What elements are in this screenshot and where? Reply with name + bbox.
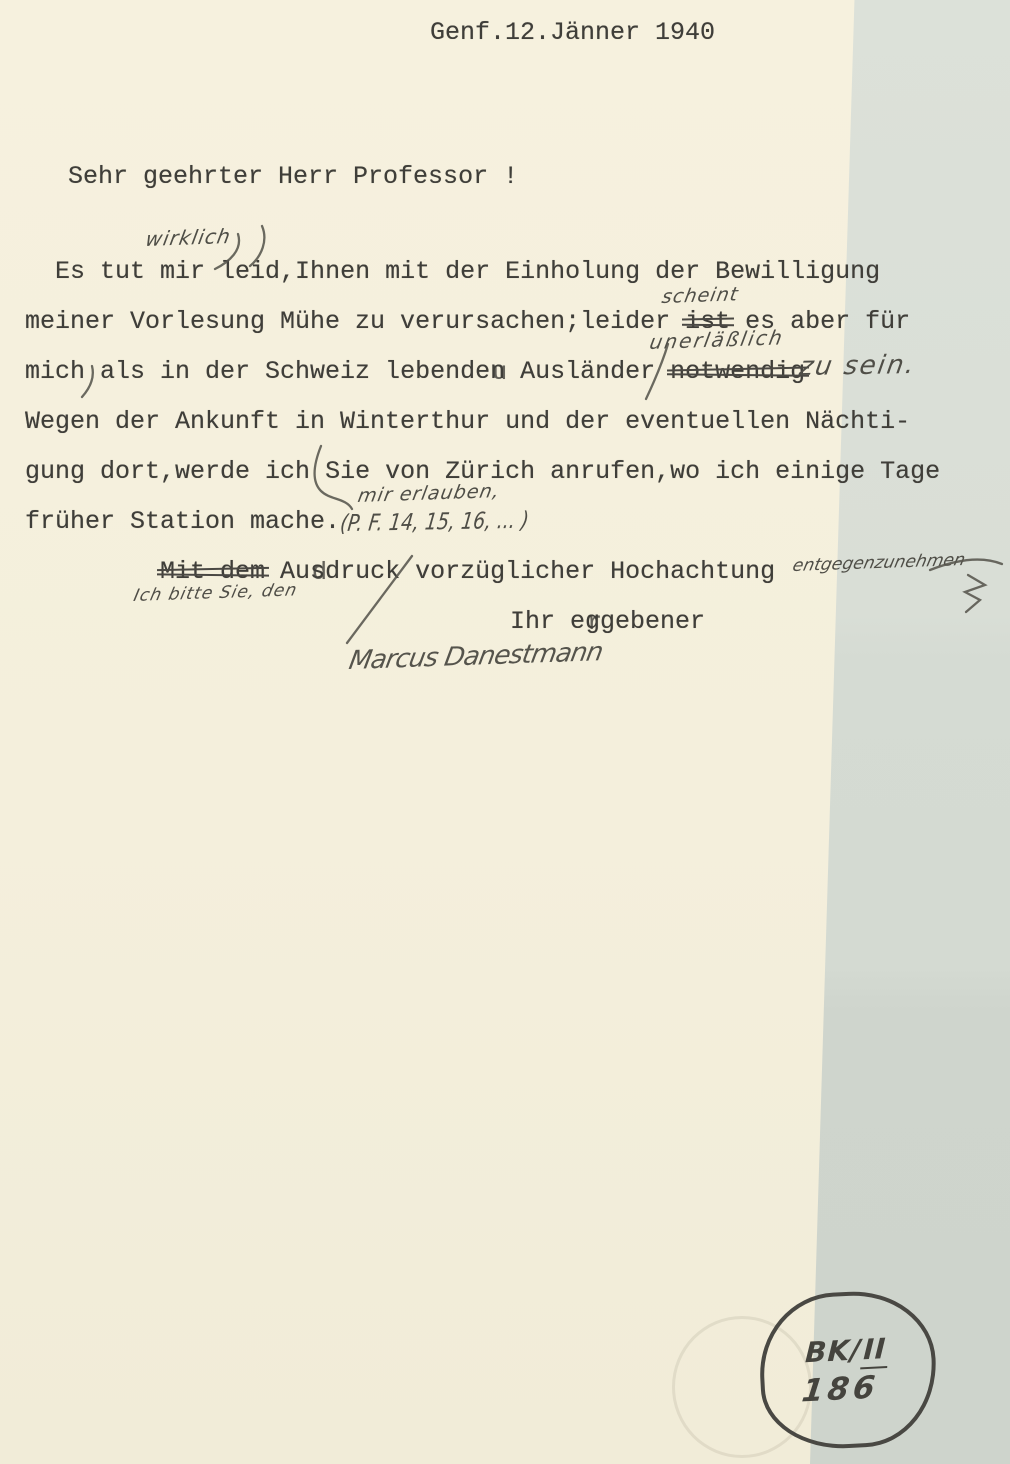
handwritten-zu-sein: zu sein.: [797, 350, 918, 382]
struck-word-notwendig: notwendig: [670, 357, 805, 387]
body-text: Ausländer: [505, 357, 670, 386]
overtype-top: u: [492, 358, 507, 388]
salutation: Sehr geehrter Herr Professor !: [68, 162, 518, 192]
body-line-1: Es tut mir leid,Ihnen mit der Einholung …: [25, 257, 880, 287]
date-line: Genf.12.Jänner 1940: [430, 18, 715, 48]
body-text: mich: [25, 357, 100, 386]
stamp-code-numeral: II: [861, 1333, 890, 1369]
body-text: meiner Vorlesung Mühe zu verursachen;lei…: [25, 307, 685, 336]
body-line-6: früher Station mache.: [25, 507, 340, 537]
overtyped-letter: sd: [310, 557, 325, 587]
handwritten-parenthetical: (P. F. 14, 15, 16, ... ): [339, 508, 530, 537]
signature: Marcus Danestmann: [347, 637, 605, 676]
scanned-letter-page: Genf.12.Jänner 1940 Sehr geehrter Herr P…: [0, 0, 1010, 1464]
body-text: als in der Schweiz lebende: [100, 357, 490, 386]
body-text: Es tut mir: [25, 257, 220, 286]
paper-edge-strip: [0, 0, 1010, 1464]
overtyped-letter: nu: [490, 357, 505, 387]
handwritten-ich-bitte-sie: Ich bitte Sie, den: [132, 580, 300, 606]
body-line-3: mich als in der Schweiz lebendenu Auslän…: [25, 357, 805, 387]
body-text: Sie von Zürich anrufen,wo ich einige Tag…: [325, 457, 940, 486]
overtype-top: r: [587, 608, 602, 638]
handwritten-insertion-wirklich: wirklich: [144, 224, 233, 251]
overtyped-letter: gr: [585, 607, 600, 637]
closing-text: vorzüglicher Hochachtung: [415, 557, 775, 586]
signoff-text: gebener: [600, 607, 705, 636]
closing-text: druck: [325, 557, 415, 586]
stamp-number: 186: [800, 1371, 881, 1407]
stamp-code: BK/II: [805, 1333, 890, 1371]
body-line-4: Wegen der Ankunft in Winterthur und der …: [25, 407, 910, 437]
overtype-top: d: [312, 558, 327, 588]
body-text: gung dort,werde ich: [25, 457, 325, 486]
signoff-line: Ihr egrgebener: [510, 607, 705, 637]
signoff-text: Ihr e: [510, 607, 585, 636]
handwritten-insertion-scheint: scheint: [660, 283, 740, 308]
body-text: leid,Ihnen mit der Einholung der Bewilli…: [220, 257, 880, 286]
handwritten-mir-erlauben: mir erlauben,: [356, 480, 502, 507]
stamp-code-prefix: BK/: [805, 1335, 863, 1368]
handwritten-insertion-unerlaesslich: unerläßlich: [648, 325, 786, 354]
